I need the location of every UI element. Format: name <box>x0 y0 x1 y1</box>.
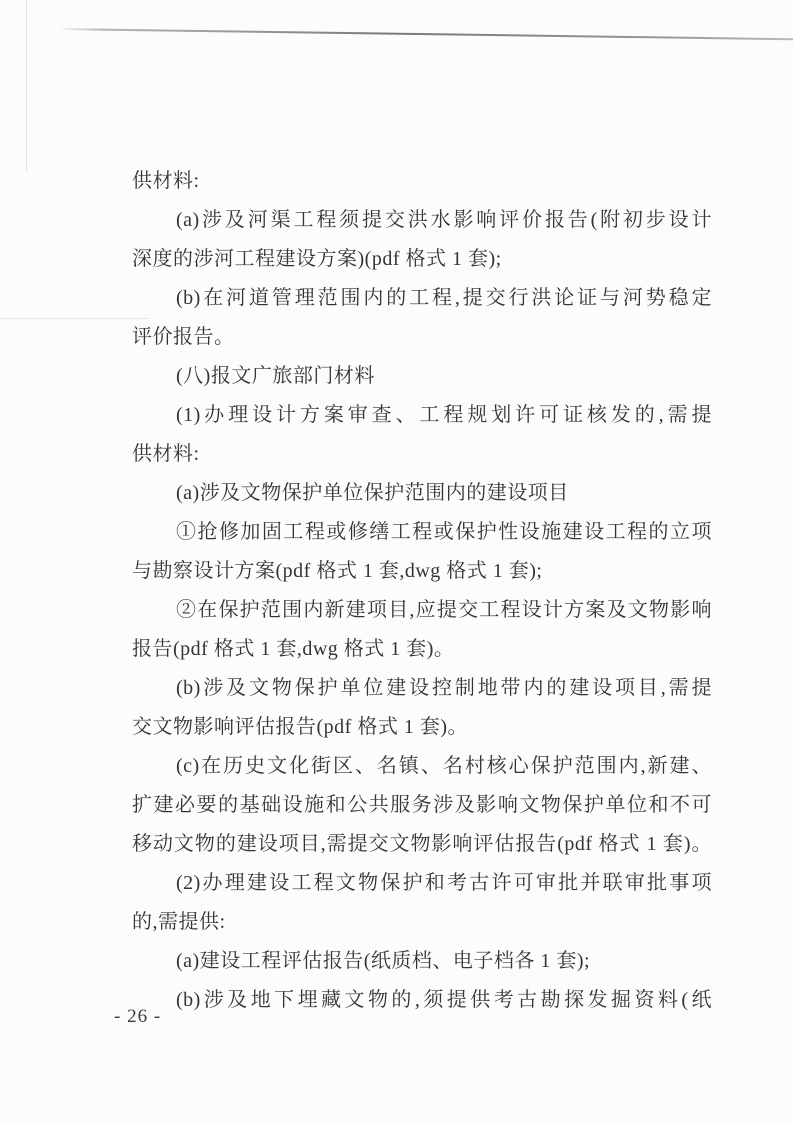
text-line: 交文物影响评估报告(pdf 格式 1 套)。 <box>132 708 712 747</box>
text-line: (a)涉及文物保护单位保护范围内的建设项目 <box>132 474 712 513</box>
document-body: 供材料: (a)涉及河渠工程须提交洪水影响评价报告(附初步设计 深度的涉河工程建… <box>132 162 712 1020</box>
text-line: (b)涉及文物保护单位建设控制地带内的建设项目,需提 <box>132 669 712 708</box>
text-line: 移动文物的建设项目,需提交文物影响评估报告(pdf 格式 1 套)。 <box>132 825 712 864</box>
text-line: 供材料: <box>132 435 712 474</box>
text-line: ①抢修加固工程或修缮工程或保护性设施建设工程的立项 <box>132 513 712 552</box>
text-line: 扩建必要的基础设施和公共服务涉及影响文物保护单位和不可 <box>132 786 712 825</box>
text-line: 的,需提供: <box>132 903 712 942</box>
text-line: 供材料: <box>132 162 712 201</box>
text-line: (2)办理建设工程文物保护和考古许可审批并联审批事项 <box>132 864 712 903</box>
text-line: (b)在河道管理范围内的工程,提交行洪论证与河势稳定 <box>132 279 712 318</box>
text-line: (b)涉及地下埋藏文物的,须提供考古勘探发掘资料(纸 <box>132 981 712 1020</box>
text-line: 评价报告。 <box>132 318 712 357</box>
text-line: (a)建设工程评估报告(纸质档、电子档各 1 套); <box>132 942 712 981</box>
text-line: 与勘察设计方案(pdf 格式 1 套,dwg 格式 1 套); <box>132 552 712 591</box>
scan-artifact-diagonal-line <box>58 28 793 40</box>
text-line: (a)涉及河渠工程须提交洪水影响评价报告(附初步设计 <box>132 201 712 240</box>
text-line: (八)报文广旅部门材料 <box>132 357 712 396</box>
text-line: 深度的涉河工程建设方案)(pdf 格式 1 套); <box>132 240 712 279</box>
page-number: - 26 - <box>114 1002 161 1032</box>
text-line: (1)办理设计方案审查、工程规划许可证核发的,需提 <box>132 396 712 435</box>
scanned-document-page: 供材料: (a)涉及河渠工程须提交洪水影响评价报告(附初步设计 深度的涉河工程建… <box>0 0 793 1122</box>
text-line: 报告(pdf 格式 1 套,dwg 格式 1 套)。 <box>132 630 712 669</box>
text-line: (c)在历史文化街区、名镇、名村核心保护范围内,新建、 <box>132 747 712 786</box>
scan-artifact-horizontal-line <box>0 318 150 319</box>
scan-artifact-vertical-line <box>26 0 27 172</box>
text-line: ②在保护范围内新建项目,应提交工程设计方案及文物影响 <box>132 591 712 630</box>
